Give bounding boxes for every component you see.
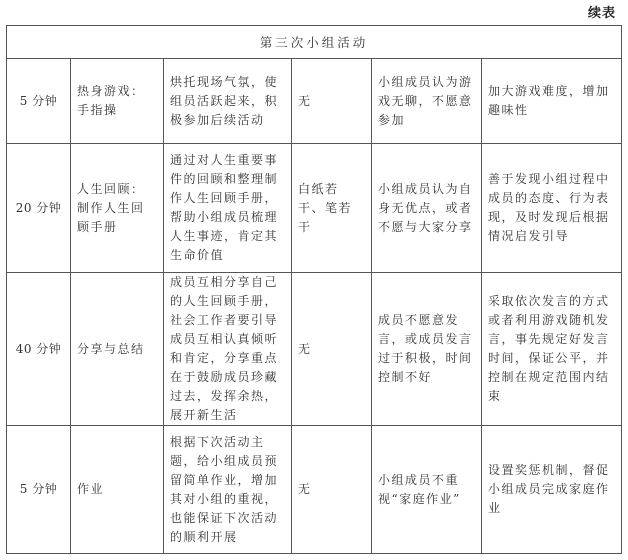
continued-table-label: 续表 — [588, 2, 616, 21]
time-cell: 40 分钟 — [7, 273, 71, 426]
time-cell: 20 分钟 — [7, 144, 71, 273]
activity-plan-table: 第三次小组活动 5 分钟 热身游戏：手指操 烘托现场气氛，使组员活跃起来，积极参… — [6, 25, 622, 554]
materials-cell: 无 — [292, 59, 372, 144]
table-row: 40 分钟 分享与总结 成员互相分享自己的人生回顾手册，社会工作者要引导成员互相… — [7, 273, 622, 426]
materials-cell: 白纸若干、笔若干 — [292, 144, 372, 273]
table-title: 第三次小组活动 — [7, 26, 622, 59]
activity-cell: 人生回顾：制作人生回顾手册 — [71, 144, 164, 273]
table-row: 5 分钟 热身游戏：手指操 烘托现场气氛，使组员活跃起来，积极参加后续活动 无 … — [7, 59, 622, 144]
activity-cell: 作业 — [71, 426, 164, 554]
purpose-cell: 根据下次活动主题，给小组成员预留简单作业，增加其对小组的重视，也能保证下次活动的… — [164, 426, 292, 554]
time-cell: 5 分钟 — [7, 59, 71, 144]
solutions-cell: 善于发现小组过程中成员的态度、行为表现，及时发现后根据情况启发引导 — [482, 144, 622, 273]
activity-cell: 分享与总结 — [71, 273, 164, 426]
table-row: 5 分钟 作业 根据下次活动主题，给小组成员预留简单作业，增加其对小组的重视，也… — [7, 426, 622, 554]
problems-cell: 小组成员不重视“家庭作业” — [372, 426, 482, 554]
table-row: 20 分钟 人生回顾：制作人生回顾手册 通过对人生重要事件的回顾和整理制作人生回… — [7, 144, 622, 273]
materials-cell: 无 — [292, 426, 372, 554]
problems-cell: 小组成员认为自身无优点，或者不愿与大家分享 — [372, 144, 482, 273]
purpose-cell: 成员互相分享自己的人生回顾手册，社会工作者要引导成员互相认真倾听和肯定，分享重点… — [164, 273, 292, 426]
purpose-cell: 通过对人生重要事件的回顾和整理制作人生回顾手册，帮助小组成员梳理人生事迹，肯定其… — [164, 144, 292, 273]
time-cell: 5 分钟 — [7, 426, 71, 554]
solutions-cell: 采取依次发言的方式或者利用游戏随机发言，事先规定好发言时间，保证公平，并控制在规… — [482, 273, 622, 426]
solutions-cell: 设置奖惩机制，督促小组成员完成家庭作业 — [482, 426, 622, 554]
problems-cell: 小组成员认为游戏无聊，不愿意参加 — [372, 59, 482, 144]
problems-cell: 成员不愿意发言，或成员发言过于积极，时间控制不好 — [372, 273, 482, 426]
activity-cell: 热身游戏：手指操 — [71, 59, 164, 144]
solutions-cell: 加大游戏难度，增加趣味性 — [482, 59, 622, 144]
materials-cell: 无 — [292, 273, 372, 426]
purpose-cell: 烘托现场气氛，使组员活跃起来，积极参加后续活动 — [164, 59, 292, 144]
